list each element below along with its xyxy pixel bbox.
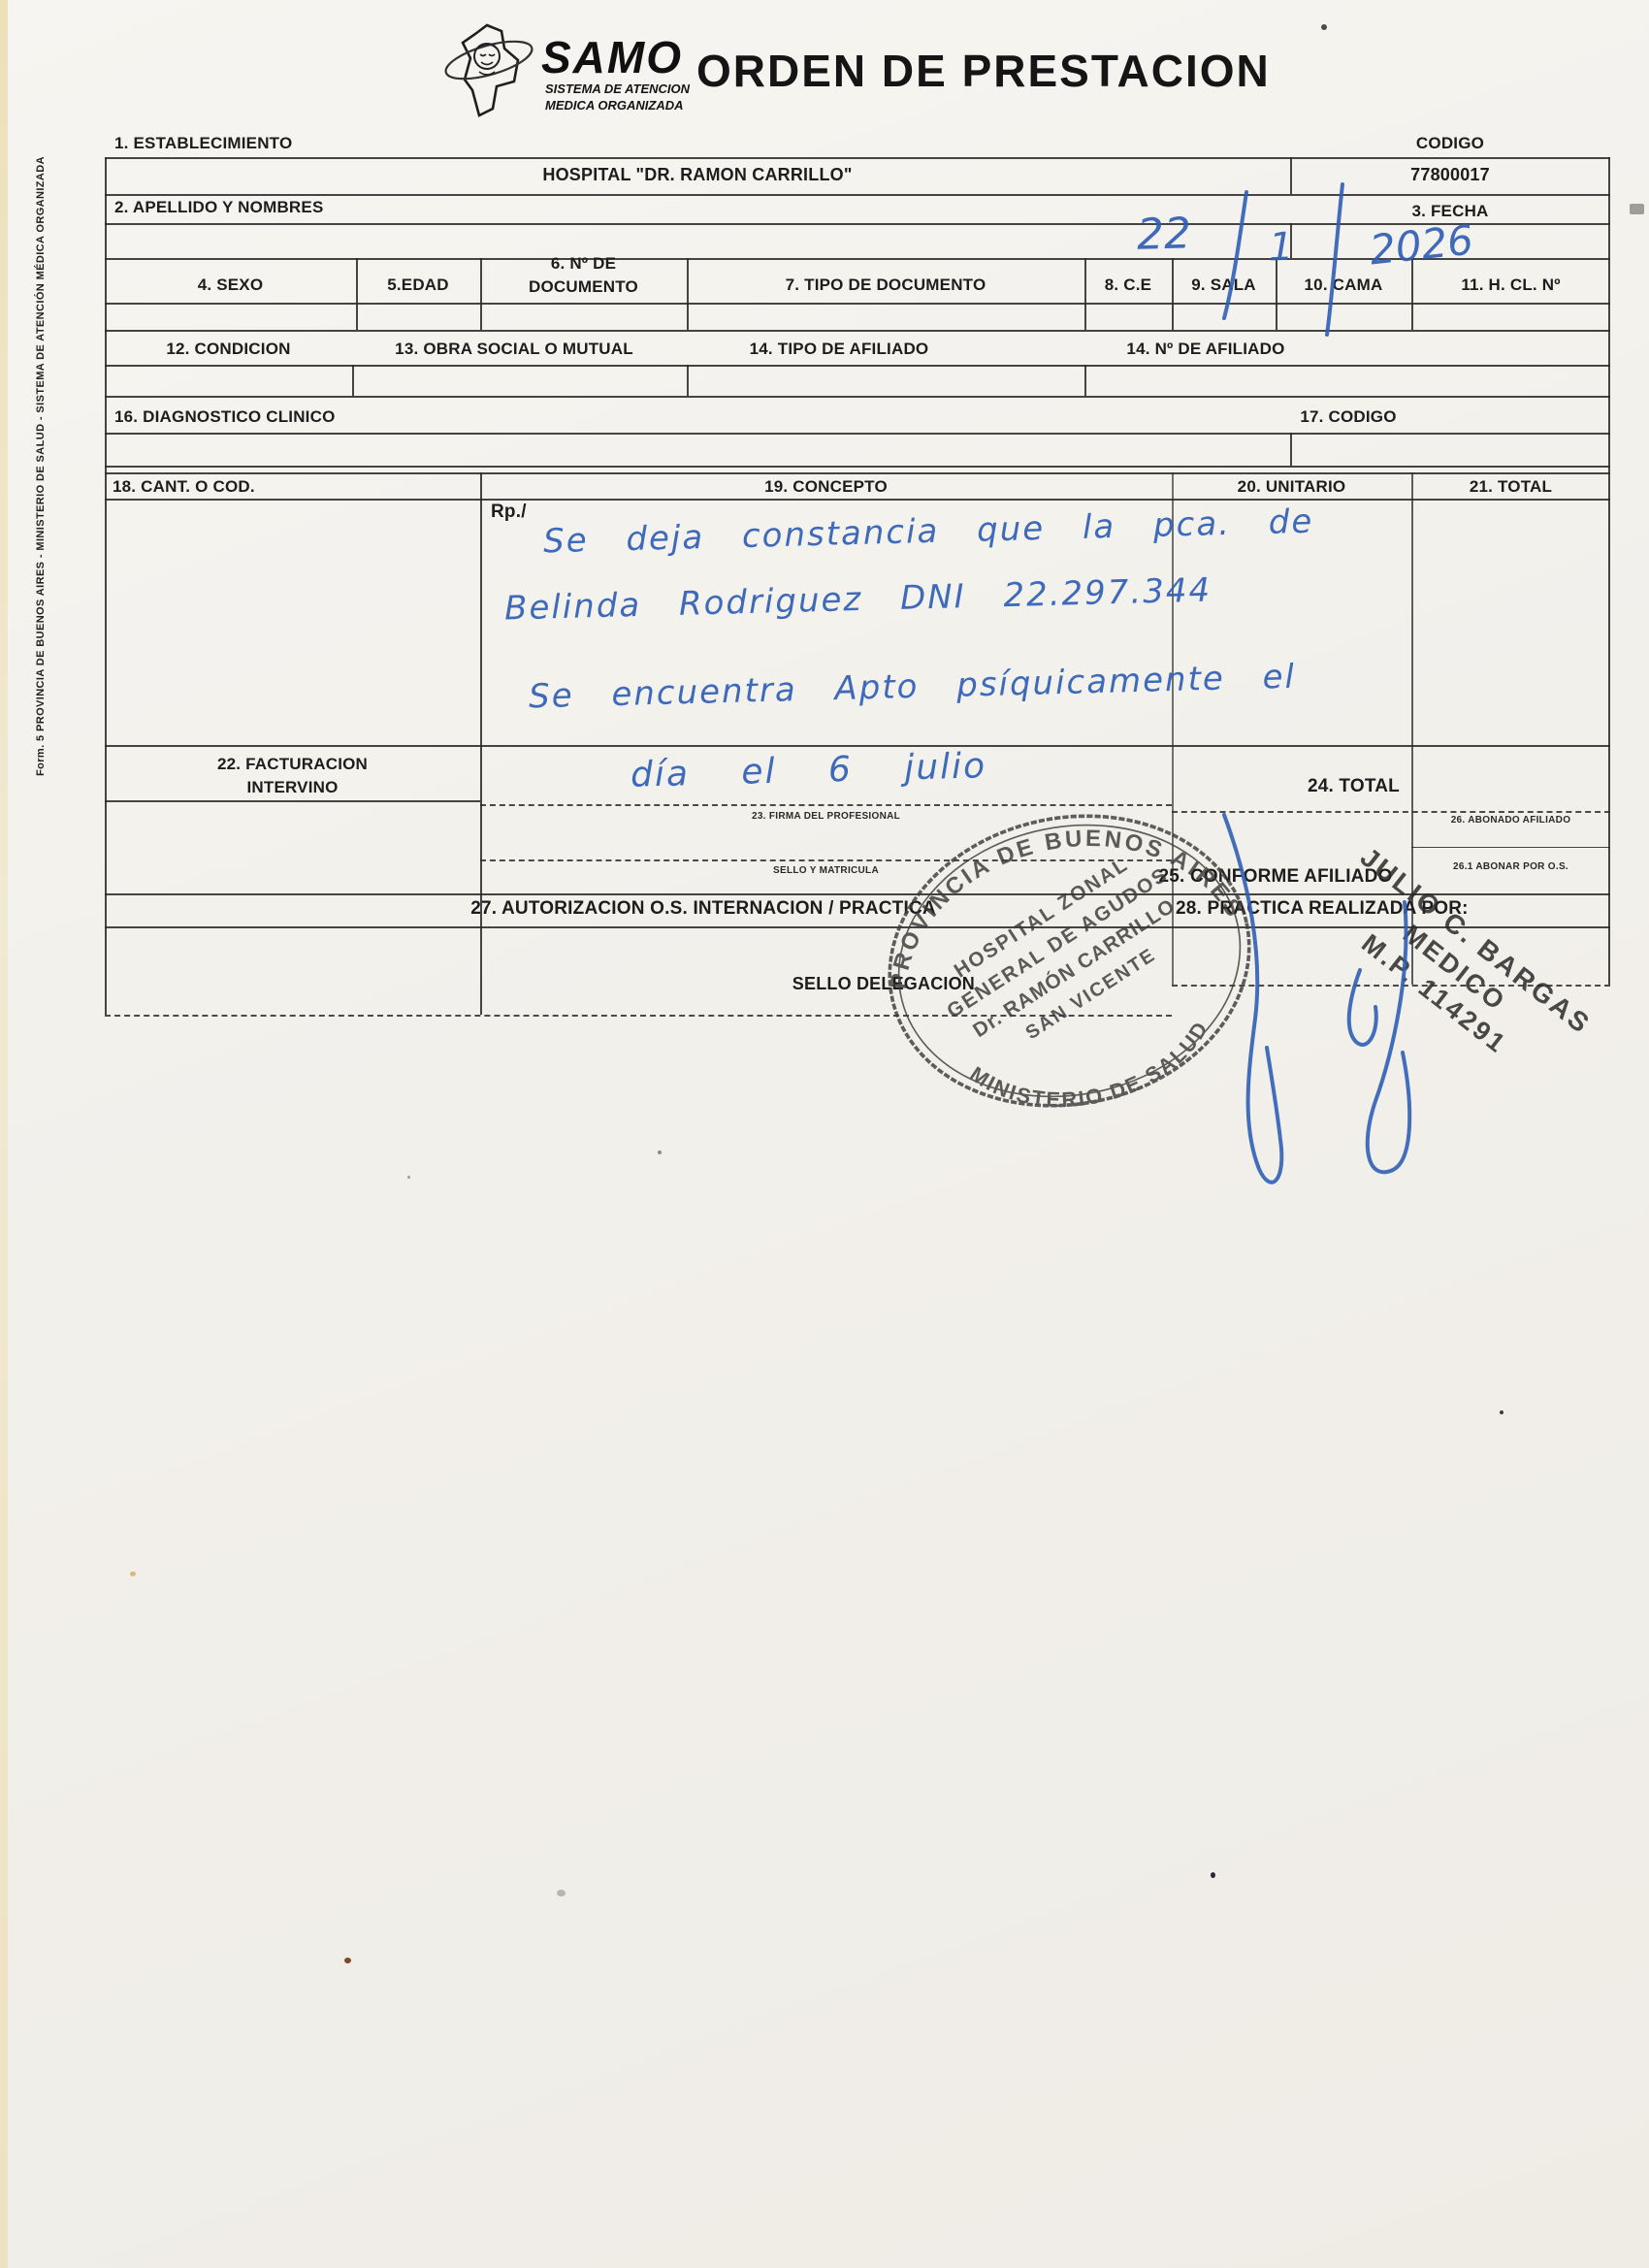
codigo-value: 77800017: [1290, 165, 1610, 185]
logo-subtitle-1: SISTEMA DE ATENCION: [545, 81, 690, 96]
scanned-form-page: SAMO SISTEMA DE ATENCION MEDICA ORGANIZA…: [0, 0, 1649, 2268]
handwritten-note-line3: Se encuentra Apto psíquicamente el: [529, 658, 1297, 717]
scan-speck: [658, 1150, 662, 1154]
field-label-documento-line2: DOCUMENTO: [480, 277, 687, 297]
field-label-abonar-por-os: 26.1 ABONAR POR O.S.: [1411, 861, 1610, 872]
grid-line: [480, 472, 482, 1015]
field-label-facturacion-line1: 22. FACTURACION: [105, 755, 480, 774]
logo-subtitle-2: MEDICA ORGANIZADA: [545, 98, 684, 113]
field-label-abonado-afiliado: 26. ABONADO AFILIADO: [1411, 815, 1610, 826]
scan-speck: [557, 1890, 566, 1896]
grid-line: [105, 157, 1610, 159]
signature-stroke-hook: [1349, 970, 1376, 1045]
field-label-hcl: 11. H. CL. Nº: [1411, 275, 1610, 295]
field-label-ce: 8. C.E: [1084, 275, 1172, 295]
grid-line: [687, 365, 689, 396]
handwritten-note-line1: Se deja constancia que la pca. de: [543, 502, 1314, 562]
scan-speck: [1630, 204, 1644, 214]
date-slash-1: [1224, 192, 1246, 318]
scan-speck: [1500, 1410, 1503, 1414]
handwritten-note-line4: día el 6 julio: [630, 746, 987, 795]
grid-line: [1411, 847, 1610, 848]
scan-speck: [130, 1571, 136, 1576]
rp-label: Rp./: [491, 502, 527, 523]
grid-line: [105, 433, 1610, 435]
scan-edge-strip: [0, 0, 8, 2268]
grid-line: [1084, 365, 1086, 396]
field-label-documento-line1: 6. Nº DE: [480, 254, 687, 274]
column-header-concepto: 19. CONCEPTO: [480, 477, 1172, 497]
grid-line: [105, 330, 1610, 332]
grid-line: [105, 365, 1610, 367]
field-label-facturacion-line2: INTERVINO: [105, 778, 480, 797]
handwritten-date-year: 2026: [1368, 216, 1475, 275]
grid-line: [1290, 433, 1292, 466]
grid-line: [105, 800, 480, 802]
stamp-center-line2: GENERAL DE AGUDOS: [943, 863, 1172, 1023]
column-header-unitario: 20. UNITARIO: [1172, 477, 1411, 497]
grid-line: [105, 466, 1610, 468]
field-label-cama: 10. CAMA: [1276, 275, 1411, 295]
field-label-apellido: 2. APELLIDO Y NOMBRES: [114, 198, 323, 217]
scan-speck: [344, 1958, 351, 1963]
field-label-sexo: 4. SEXO: [105, 275, 356, 295]
field-label-obra-social: 13. OBRA SOCIAL O MUTUAL: [320, 340, 708, 359]
field-label-establecimiento: 1. ESTABLECIMIENTO: [114, 134, 292, 153]
field-label-codigo: CODIGO: [1290, 134, 1610, 153]
establecimiento-value: HOSPITAL "DR. RAMON CARRILLO": [105, 165, 1290, 185]
scan-speck: [1211, 1872, 1215, 1878]
svg-text:MINISTERIO DE SALUD: MINISTERIO DE SALUD: [962, 1013, 1225, 1134]
logo-wordmark: SAMO: [541, 31, 683, 83]
field-label-diagnostico: 16. DIAGNOSTICO CLINICO: [114, 407, 336, 427]
grid-line: [105, 303, 1610, 305]
handwritten-date-day: 22: [1136, 209, 1191, 259]
handwritten-note-line2: Belinda Rodriguez DNI 22.297.344: [504, 570, 1212, 628]
column-header-total21: 21. TOTAL: [1411, 477, 1610, 497]
field-label-edad: 5.EDAD: [356, 275, 480, 295]
grid-line: [105, 499, 1610, 501]
grid-line: [105, 745, 1610, 747]
grid-line: [105, 396, 1610, 398]
grid-line: [352, 365, 354, 396]
form-reference-vertical-text: Form. 5 PROVINCIA DE BUENOS AIRES - MINI…: [35, 173, 47, 776]
column-header-cant: 18. CANT. O COD.: [113, 477, 255, 497]
field-label-nro-afiliado: 14. Nº DE AFILIADO: [1084, 340, 1327, 359]
scan-speck: [1321, 24, 1327, 30]
samo-logo-icon: [427, 21, 558, 123]
doctor-stamp-title: MEDICO: [1318, 857, 1591, 1080]
stamp-arc-bottom-text: MINISTERIO DE SALUD: [962, 1013, 1225, 1134]
handwritten-date-month: 1: [1268, 225, 1294, 271]
form-title: ORDEN DE PRESTACION: [696, 45, 1271, 97]
field-label-tipo-documento: 7. TIPO DE DOCUMENTO: [687, 275, 1084, 295]
grid-line: [105, 472, 1610, 474]
field-label-tipo-afiliado: 14. TIPO DE AFILIADO: [679, 340, 999, 359]
scan-speck: [407, 1176, 410, 1179]
field-label-sala: 9. SALA: [1172, 275, 1276, 295]
field-label-condicion: 12. CONDICION: [105, 340, 352, 359]
field-label-codigo17: 17. CODIGO: [1261, 407, 1436, 427]
grid-line: [105, 194, 1610, 196]
